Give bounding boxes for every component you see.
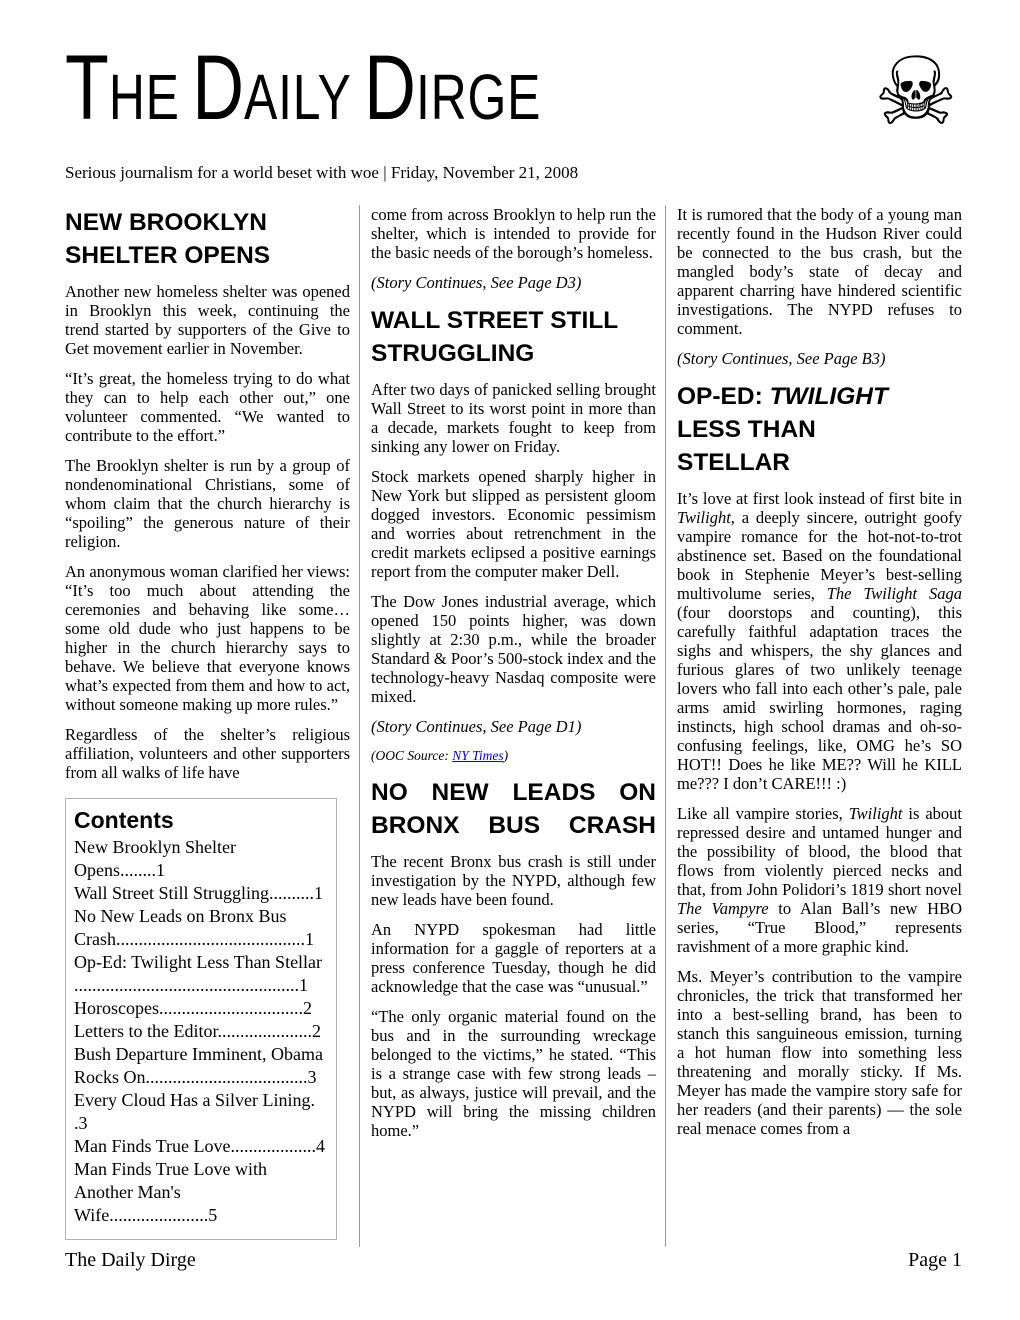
article-headline: WALL STREET STILLSTRUGGLING <box>371 304 656 370</box>
footer-page-number: Page 1 <box>908 1248 962 1272</box>
article-paragraph: It is rumored that the body of a young m… <box>677 205 962 338</box>
article-paragraph: “It’s great, the homeless trying to do w… <box>65 369 350 445</box>
article-paragraph: After two days of panicked selling broug… <box>371 380 656 456</box>
contents-entry: New Brooklyn Shelter Opens........1 <box>74 836 328 882</box>
page-footer: The Daily Dirge Page 1 <box>65 1248 962 1272</box>
tagline-separator: | <box>383 163 386 182</box>
column-3: It is rumored that the body of a young m… <box>665 205 962 1247</box>
article-headline: NO NEW LEADS ONBRONX BUS CRASH <box>371 776 656 842</box>
contents-entry: Wall Street Still Struggling..........1 <box>74 882 328 905</box>
article-paragraph: come from across Brooklyn to help run th… <box>371 205 656 262</box>
title-word: DIRGE <box>364 90 541 126</box>
contents-entry: Every Cloud Has a Silver Lining. .3 <box>74 1089 328 1135</box>
article-headline: OP-ED: TWILIGHTLESS THANSTELLAR <box>677 380 962 479</box>
masthead-text: THEDAILYDIRGE Serious journalism for a w… <box>65 40 691 183</box>
contents-box: Contents New Brooklyn Shelter Opens.....… <box>65 798 337 1240</box>
column-1: NEW BROOKLYNSHELTER OPENSAnother new hom… <box>65 205 350 1247</box>
tagline: Serious journalism for a world beset wit… <box>65 162 691 183</box>
contents-entry: Man Finds True Love...................4 <box>74 1135 328 1158</box>
article-paragraph: The Dow Jones industrial average, which … <box>371 592 656 706</box>
contents-entry: Letters to the Editor...................… <box>74 1020 328 1043</box>
story-continues-note: (Story Continues, See Page D1) <box>371 717 656 736</box>
article-paragraph: Ms. Meyer’s contribution to the vampire … <box>677 967 962 1138</box>
article-paragraph: “The only organic material found on the … <box>371 1007 656 1140</box>
column-3-articles: It is rumored that the body of a young m… <box>677 205 962 1138</box>
footer-title: The Daily Dirge <box>65 1248 196 1272</box>
contents-entry: Man Finds True Love with Another Man's W… <box>74 1158 328 1227</box>
contents-heading: Contents <box>74 807 328 833</box>
story-continues-note: (Story Continues, See Page D3) <box>371 273 656 292</box>
article-headline: NEW BROOKLYNSHELTER OPENS <box>65 206 350 272</box>
masthead-date: Friday, November 21, 2008 <box>391 163 578 182</box>
column-2-articles: come from across Brooklyn to help run th… <box>371 205 656 1140</box>
article-paragraph: Another new homeless shelter was opened … <box>65 282 350 358</box>
article-paragraph: It’s love at first look instead of first… <box>677 489 962 793</box>
story-continues-note: (Story Continues, See Page B3) <box>677 349 962 368</box>
contents-entry: No New Leads on Bronx Bus Crash.........… <box>74 905 328 951</box>
masthead: THEDAILYDIRGE Serious journalism for a w… <box>0 0 1020 183</box>
article-paragraph: The Brooklyn shelter is run by a group o… <box>65 456 350 551</box>
ny-times-link[interactable]: NY Times <box>452 748 503 763</box>
title-word: THE <box>65 90 180 126</box>
source-note: (OOC Source: NY Times) <box>371 748 656 764</box>
contents-entry: Horoscopes..............................… <box>74 997 328 1020</box>
contents-entry: Bush Departure Imminent, Obama Rocks On.… <box>74 1043 328 1089</box>
skull-and-crossbones-icon: ☠ <box>874 46 958 140</box>
tagline-text: Serious journalism for a world beset wit… <box>65 163 379 182</box>
contents-entry: Op-Ed: Twilight Less Than Stellar ......… <box>74 951 328 997</box>
title-word: DAILY <box>192 90 351 126</box>
article-paragraph: An anonymous woman clarified her views: … <box>65 562 350 714</box>
article-paragraph: Stock markets opened sharply higher in N… <box>371 467 656 581</box>
contents-list: New Brooklyn Shelter Opens........1Wall … <box>74 836 328 1227</box>
article-paragraph: Like all vampire stories, Twilight is ab… <box>677 804 962 956</box>
newspaper-page: THEDAILYDIRGE Serious journalism for a w… <box>0 0 1020 1320</box>
article-paragraph: The recent Bronx bus crash is still unde… <box>371 852 656 909</box>
newspaper-title: THEDAILYDIRGE <box>65 40 554 156</box>
article-paragraph: An NYPD spokesman had little information… <box>371 920 656 996</box>
article-paragraph: Regardless of the shelter’s religious af… <box>65 725 350 782</box>
column-2: come from across Brooklyn to help run th… <box>359 205 656 1247</box>
articles-area: NEW BROOKLYNSHELTER OPENSAnother new hom… <box>65 205 1020 1247</box>
column-1-articles: NEW BROOKLYNSHELTER OPENSAnother new hom… <box>65 206 350 782</box>
